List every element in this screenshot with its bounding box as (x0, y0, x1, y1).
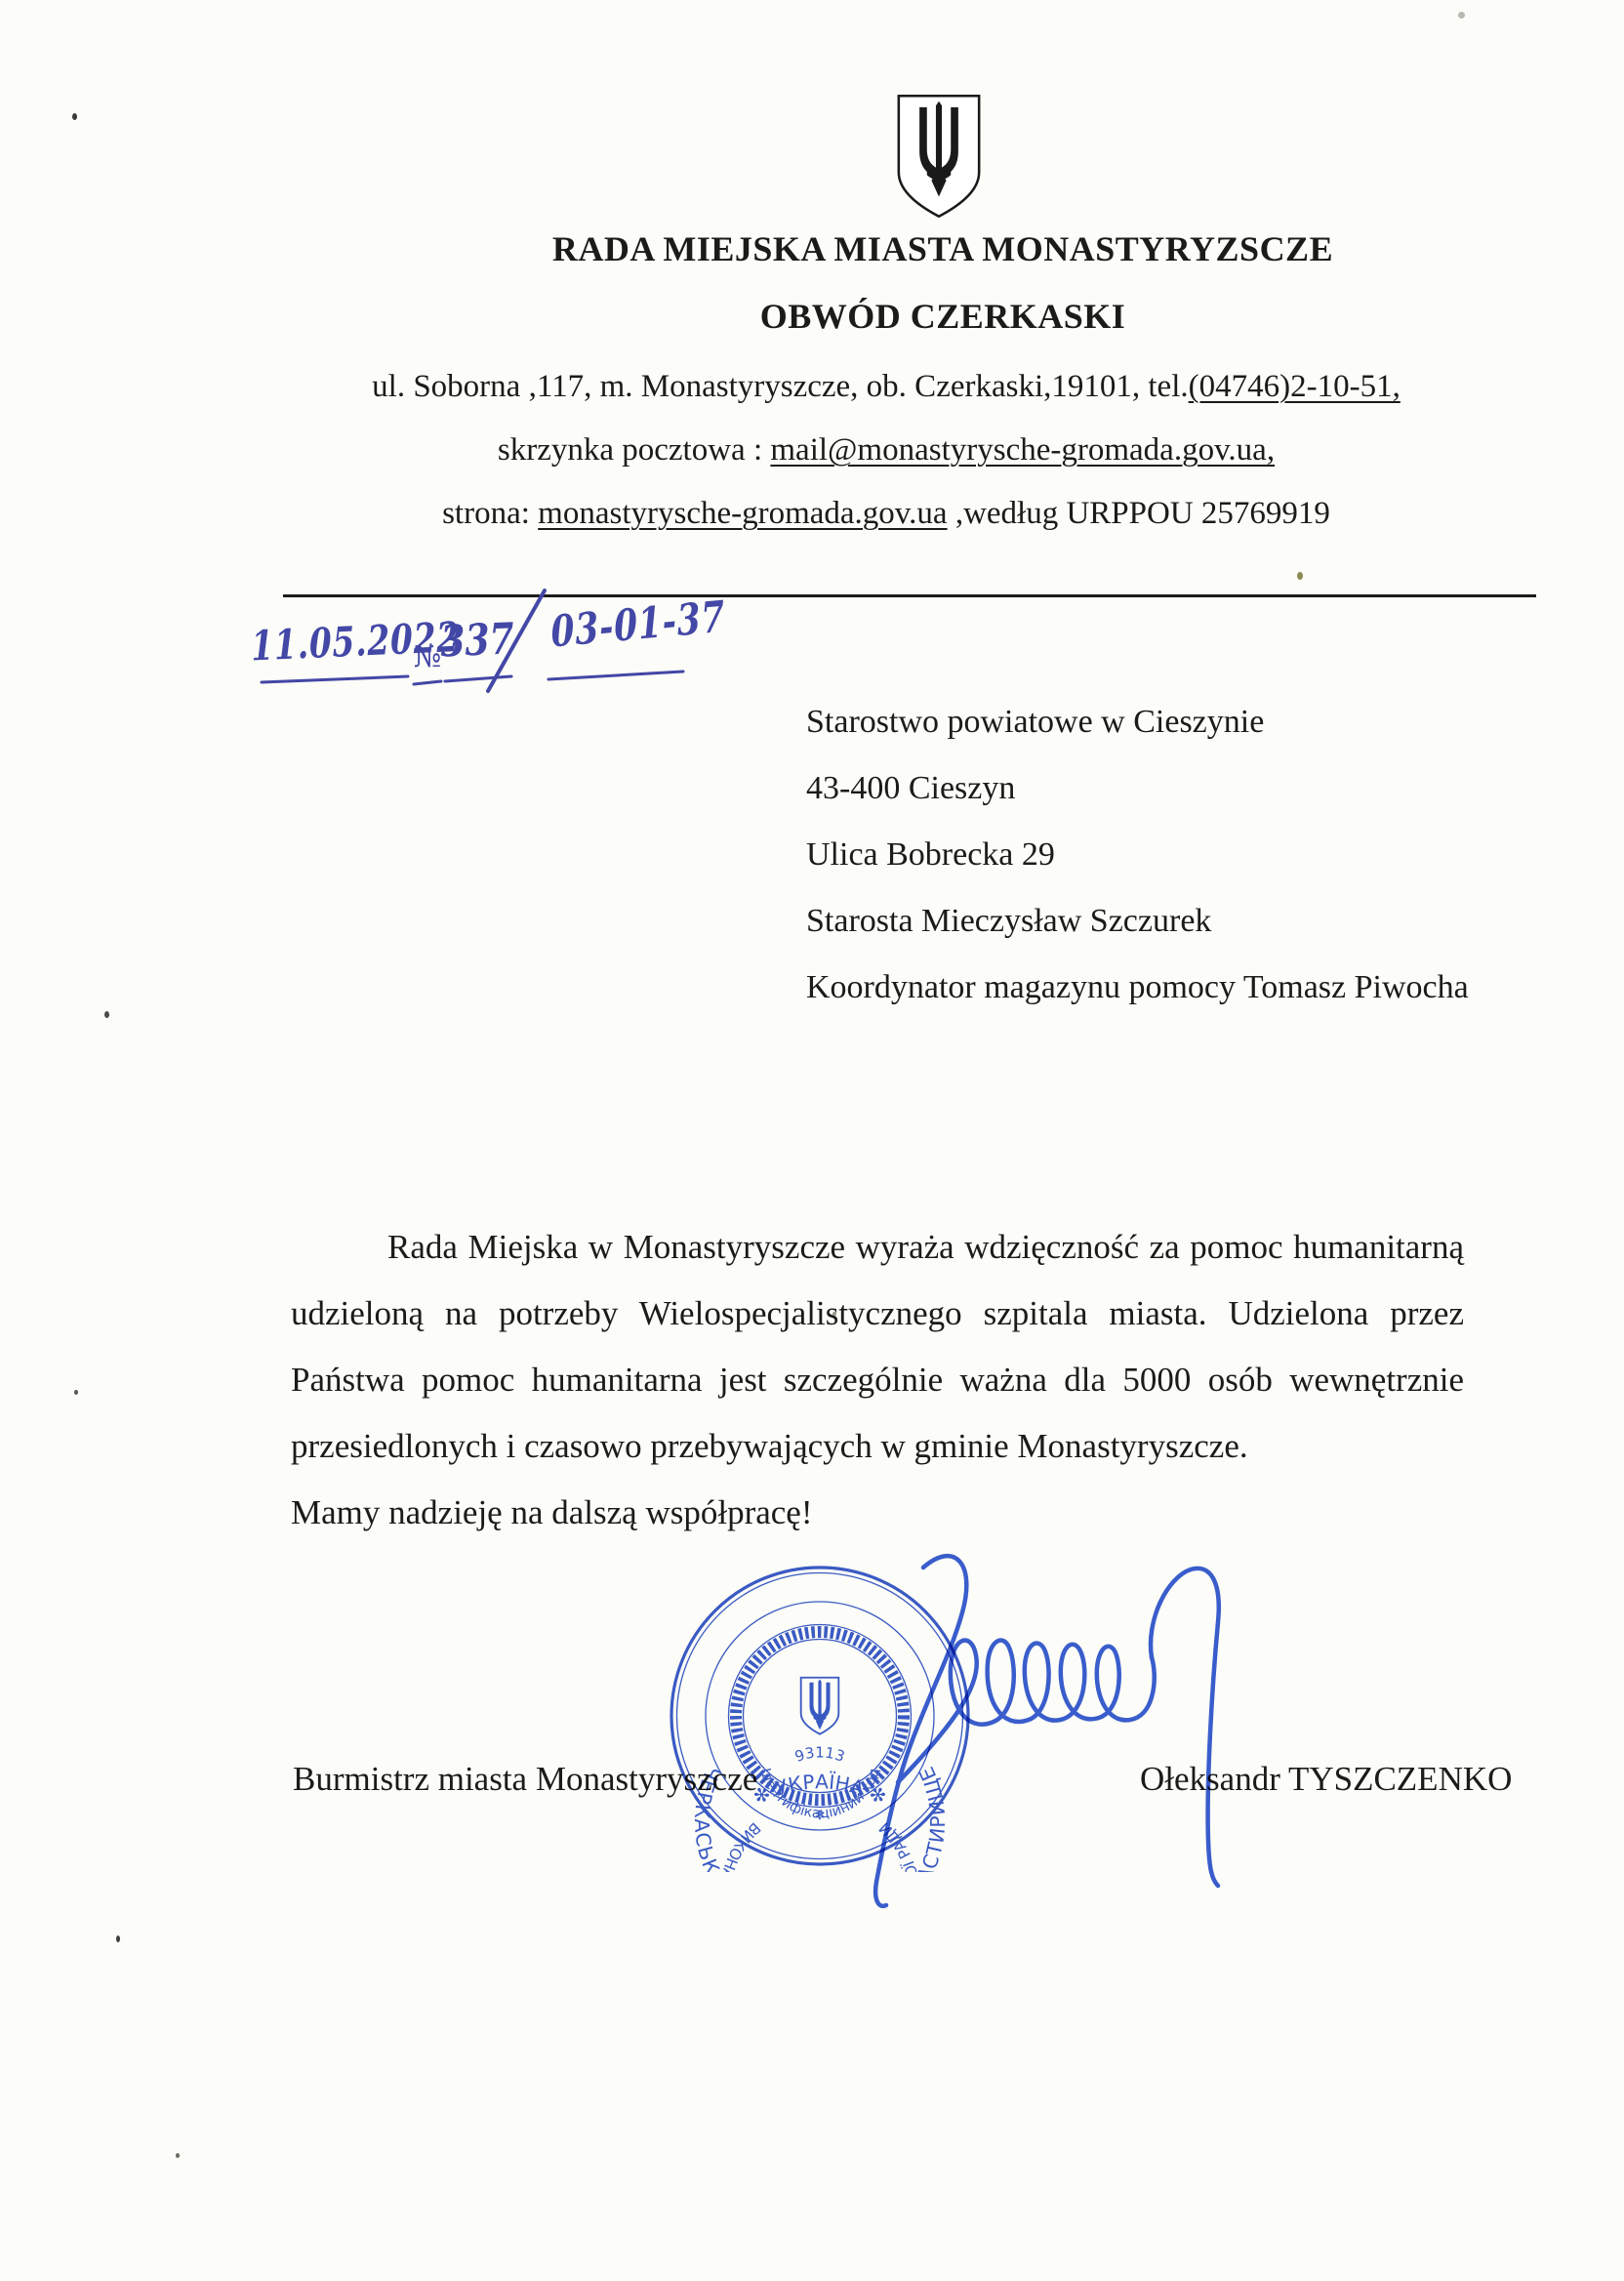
mailbox-label: skrzynka pocztowa : (498, 432, 771, 468)
phone-number: (04746)2-10-51, (1189, 369, 1401, 404)
recipient-block: Starostwo powiatowe w Cieszynie 43-400 C… (806, 689, 1469, 1021)
paper-speck (72, 113, 77, 120)
recipient-line: Ulica Bobrecka 29 (806, 822, 1469, 888)
ukraine-trident-emblem (891, 90, 987, 223)
paper-speck (74, 1390, 78, 1395)
paper-speck (176, 2153, 180, 2158)
body-line: Państwa pomoc humanitarna jest szczególn… (291, 1347, 1464, 1413)
site-label: strona: (442, 496, 538, 531)
body-line: Mamy nadzieję na dalszą współpracę! (291, 1480, 1464, 1546)
org-mailbox-line: skrzynka pocztowa : mail@monastyrysche-g… (203, 432, 1569, 468)
address-text: ul. Soborna ,117, m. Monastyryszcze, ob.… (372, 369, 1188, 404)
site-url: monastyrysche-gromada.gov.ua (538, 496, 947, 531)
letter-page: RADA MIEJSKA MIASTA MONASTYRYZSCZE OBWÓD… (0, 0, 1624, 2281)
recipient-line: Koordynator magazynu pomocy Tomasz Piwoc… (806, 955, 1469, 1021)
paper-speck (1297, 572, 1303, 580)
paper-speck (1458, 12, 1465, 19)
org-address-line: ul. Soborna ,117, m. Monastyryszcze, ob.… (203, 369, 1569, 405)
recipient-line: Starosta Mieczysław Szczurek (806, 888, 1469, 955)
letter-body: Rada Miejska w Monastyryszcze wyraża wdz… (291, 1214, 1464, 1546)
paper-speck (116, 1935, 120, 1942)
body-line: udzieloną na potrzeby Wielospecjalistycz… (291, 1281, 1464, 1347)
recipient-line: 43-400 Cieszyn (806, 755, 1469, 822)
recipient-line: Starostwo powiatowe w Cieszynie (806, 689, 1469, 755)
handwriting-strokes (234, 566, 742, 713)
paper-speck (832, 1312, 836, 1316)
org-name: RADA MIEJSKA MIASTA MONASTYRYZSCZE (260, 228, 1624, 269)
handwritten-signature (808, 1538, 1277, 1958)
org-region: OBWÓD CZERKASKI (260, 296, 1624, 337)
paper-speck (104, 1011, 109, 1018)
email-address: mail@monastyrysche-gromada.gov.ua, (770, 432, 1275, 468)
body-line: przesiedlonych i czasowo przebywających … (291, 1413, 1464, 1480)
body-line: Rada Miejska w Monastyryszcze wyraża wdz… (291, 1214, 1464, 1281)
handwritten-slash (488, 591, 545, 691)
org-site-line: strona: monastyrysche-gromada.gov.ua ,we… (203, 496, 1569, 532)
site-suffix: ,według URPPOU 25769919 (948, 496, 1330, 531)
